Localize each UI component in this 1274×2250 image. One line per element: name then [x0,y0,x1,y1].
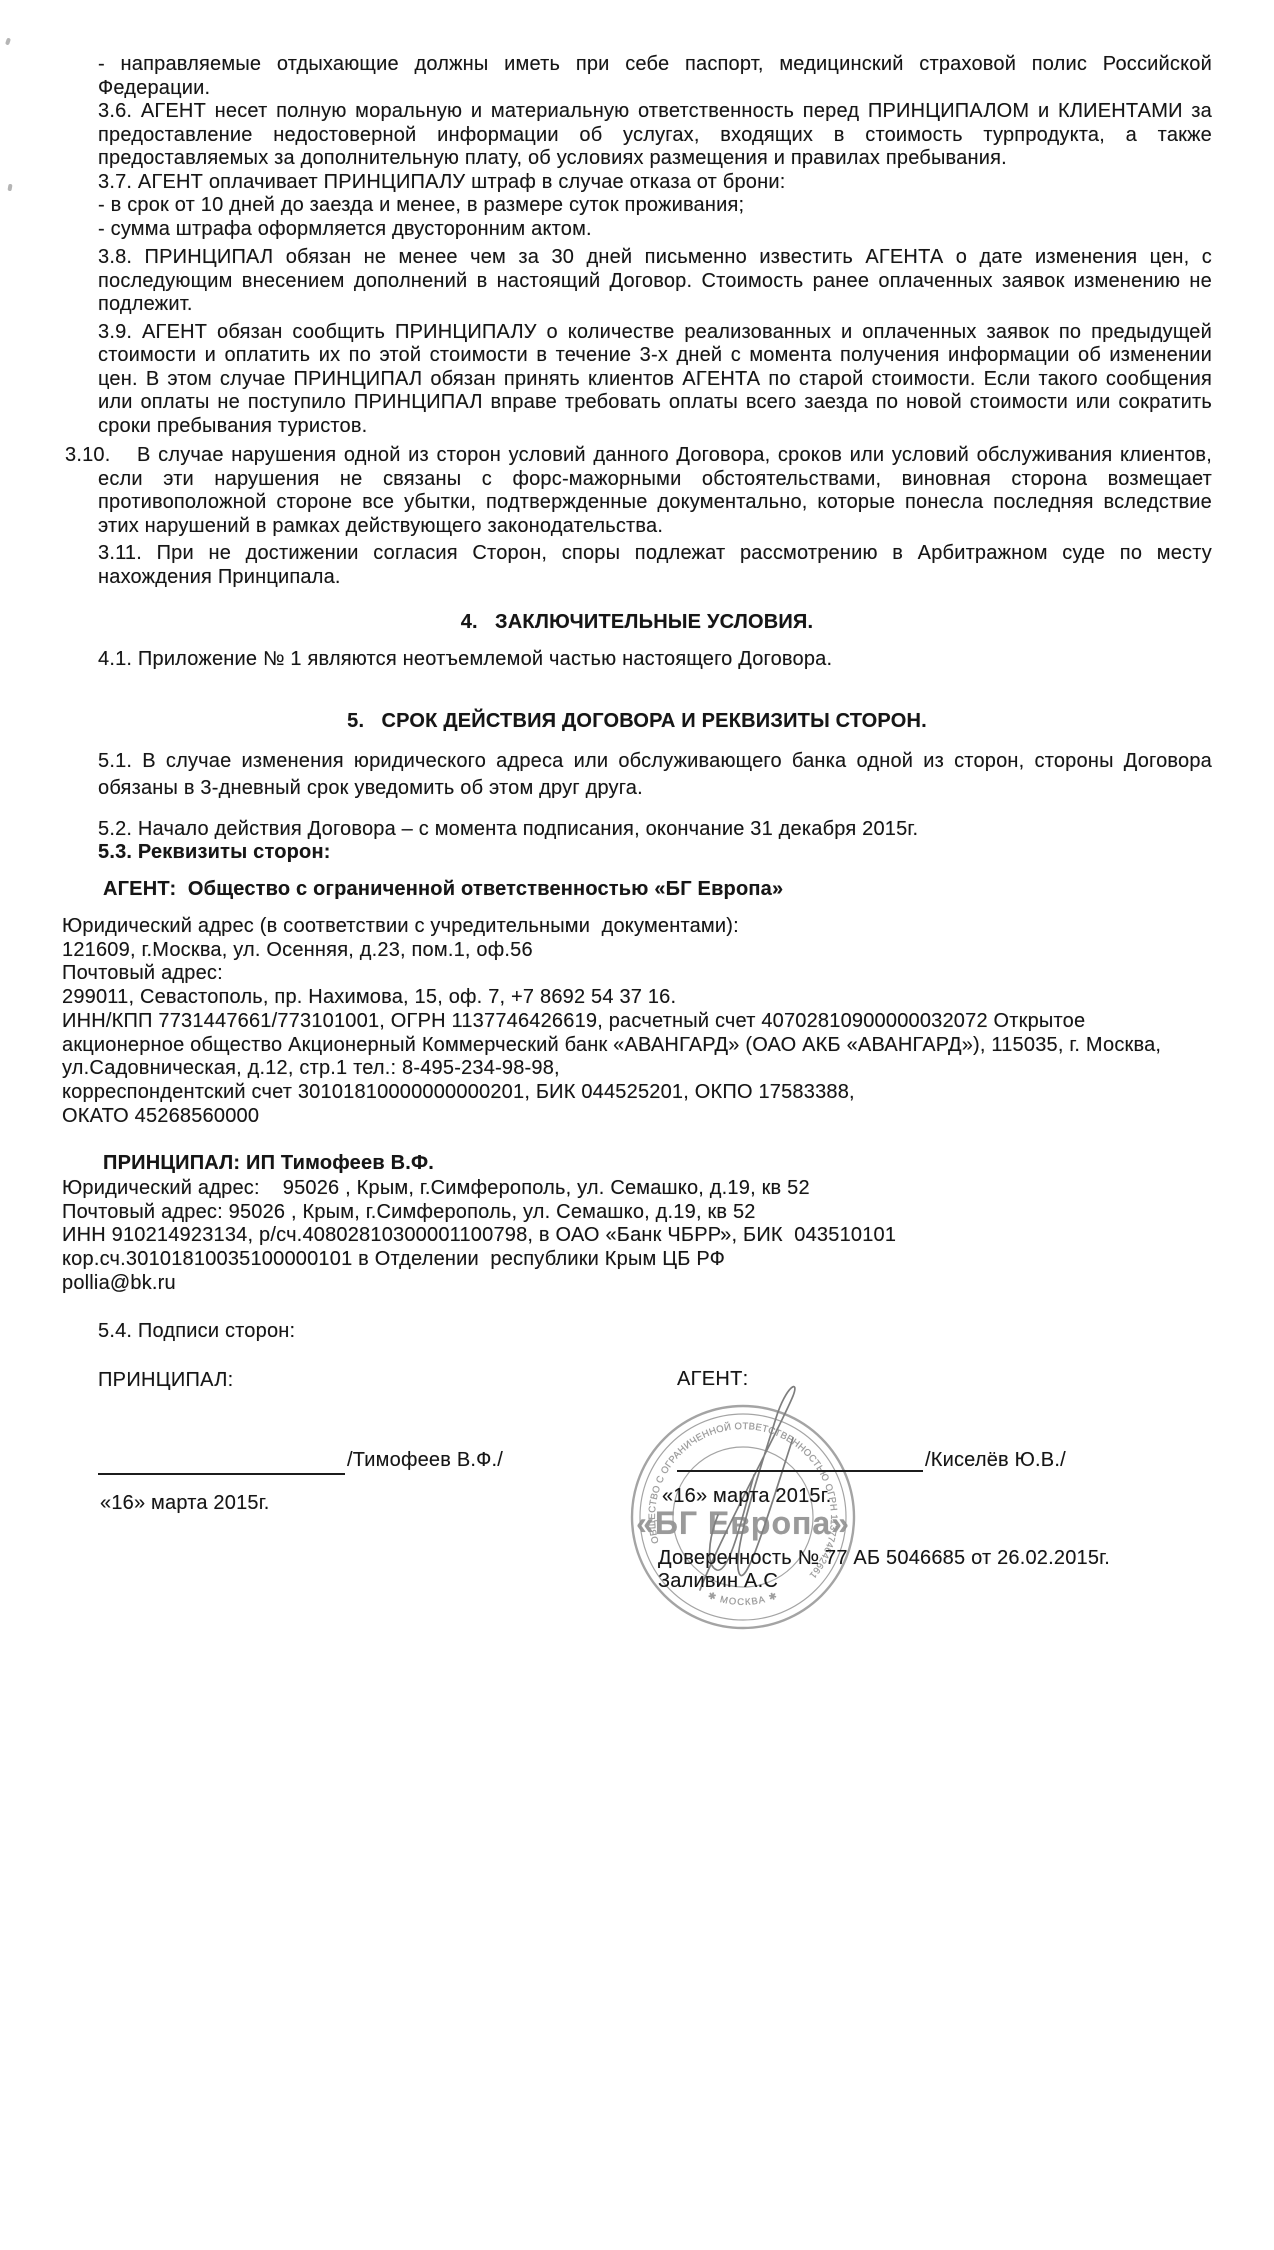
section-5-heading: 5. СРОК ДЕЙСТВИЯ ДОГОВОРА И РЕКВИЗИТЫ СТ… [62,710,1212,734]
clause-passport-requirement: - направляемые отдыхающие должны иметь п… [98,53,1212,100]
principal-inn-account: ИНН 910214923134, р/сч.40802810300001100… [62,1224,1212,1248]
agent-requisites-block: Юридический адрес (в соответствии с учре… [62,915,1212,1128]
principal-signature-name: /Тимофеев В.Ф./ [347,1449,503,1472]
clause-5-3: 5.3. Реквизиты сторон: [98,841,1212,865]
agent-signature-name: /Киселёв Ю.В./ [925,1449,1066,1472]
principal-legal-address: Юридический адрес: 95026 , Крым, г.Симфе… [62,1177,1212,1201]
agent-postal-address-label: Почтовый адрес: [62,962,1212,986]
principal-postal-address: Почтовый адрес: 95026 , Крым, г.Симфероп… [62,1201,1212,1225]
contract-scan-page: - направляемые отдыхающие должны иметь п… [0,0,1274,2250]
attorney-holder-name: Заливин А.С [658,1570,778,1593]
agent-requisites-header: АГЕНТ: Общество с ограниченной ответстве… [103,878,1212,902]
power-of-attorney-line: Доверенность № 77 АБ 5046685 от 26.02.20… [658,1547,1110,1570]
clause-3-9: 3.9. АГЕНТ обязан сообщить ПРИНЦИПАЛУ о … [98,321,1212,439]
clause-4-1: 4.1. Приложение № 1 являются неотъемлемо… [98,648,1212,672]
clause-5-1: 5.1. В случае изменения юридического адр… [98,748,1212,802]
principal-requisites-header: ПРИНЦИПАЛ: ИП Тимофеев В.Ф. [103,1152,1212,1176]
agent-legal-address: 121609, г.Москва, ул. Осенняя, д.23, пом… [62,939,1212,963]
principal-corr-account: кор.сч.30101810035100000101 в Отделении … [62,1248,1212,1272]
principal-requisites-block: Юридический адрес: 95026 , Крым, г.Симфе… [62,1177,1212,1296]
company-round-stamp: ОБЩЕСТВО С ОГРАНИЧЕННОЙ ОТВЕТСТВЕННОСТЬЮ… [616,1380,872,1646]
agent-legal-address-label: Юридический адрес (в соответствии с учре… [62,915,1212,939]
section-4-heading: 4. ЗАКЛЮЧИТЕЛЬНЫЕ УСЛОВИЯ. [62,611,1212,635]
stamp-center-text: «БГ Европа» [636,1505,850,1541]
clause-3-11: 3.11. При не достижении согласия Сторон,… [98,542,1212,589]
agent-bank-name: акционерное общество Акционерный Коммерч… [62,1034,1212,1058]
clause-5-2: 5.2. Начало действия Договора – с момент… [98,818,1212,842]
principal-email: pollia@bk.ru [62,1272,1212,1296]
agent-bank-address: ул.Садовническая, д.12, стр.1 тел.: 8-49… [62,1057,1212,1081]
principal-signature-line [98,1473,345,1475]
clause-3-7-item-2: - сумма штрафа оформляется двусторонним … [98,218,1212,242]
clause-3-6: 3.6. АГЕНТ несет полную моральную и мате… [98,100,1212,171]
agent-signature-date: «16» марта 2015г. [662,1485,832,1508]
principal-signature-date: «16» марта 2015г. [100,1492,270,1515]
agent-inn-kpp-ogrn: ИНН/КПП 7731447661/773101001, ОГРН 11377… [62,1010,1212,1034]
clause-3-10-text: В случае нарушения одной из сторон услов… [98,444,1212,538]
principal-signature-label: ПРИНЦИПАЛ: [98,1369,234,1392]
scan-artifact-mark [5,38,11,46]
clause-3-7-item-1: - в срок от 10 дней до заезда и менее, в… [98,194,1212,218]
clause-3-8: 3.8. ПРИНЦИПАЛ обязан не менее чем за 30… [98,246,1212,317]
clause-3-10-number: 3.10. [65,444,110,468]
clause-3-7: 3.7. АГЕНТ оплачивает ПРИНЦИПАЛУ штраф в… [98,171,1212,195]
clause-3-10: 3.10. В случае нарушения одной из сторон… [98,444,1212,538]
agent-signature-label: АГЕНТ: [677,1368,749,1391]
agent-corr-account: корреспондентский счет 30101810000000000… [62,1081,1212,1105]
document-body: - направляемые отдыхающие должны иметь п… [0,53,1274,1344]
agent-okato: ОКАТО 45268560000 [62,1105,1212,1129]
agent-postal-address: 299011, Севастополь, пр. Нахимова, 15, о… [62,986,1212,1010]
clause-5-4: 5.4. Подписи сторон: [98,1320,1212,1344]
agent-signature-line [677,1470,923,1472]
